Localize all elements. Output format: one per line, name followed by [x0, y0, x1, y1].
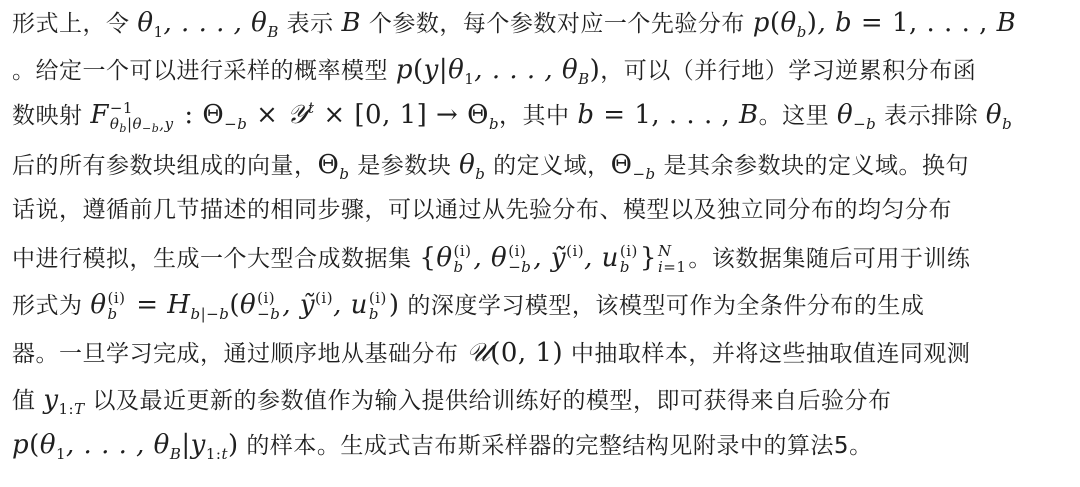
text-segment: 后的所有参数块组成的向量， [12, 153, 318, 179]
text-segment: 的样本。生成式吉布斯采样器的完整结构见附录中的算法5。 [239, 433, 873, 459]
text-segment: 是参数块 [349, 153, 459, 179]
math-likelihood: p(y|θ1, . . . , θB) [396, 55, 600, 85]
math-uniform-base: 𝒰(0, 1) [466, 338, 563, 368]
text-segment: 中进行模拟，生成一个大型合成数据集 [12, 246, 419, 272]
math-domain-b: Θb [318, 150, 350, 180]
math-prior: p(θb), b = 1, . . . , B [753, 8, 1017, 38]
text-segment: 。给定一个可以进行采样的概率模型 [12, 58, 396, 84]
math-domain-minus-b: Θ−b [611, 150, 656, 180]
math-observations: y1:T [43, 385, 84, 415]
text-segment: 的定义域， [485, 153, 610, 179]
math-deep-model: θ(i)b = Hb|−b(θ(i)−b, ỹ(i), u(i)b) [90, 290, 399, 320]
paragraph-line-5: 话说，遵循前几节描述的相同步骤，可以通过从先验分布、模型以及独立同分布的均匀分布 [12, 195, 952, 225]
text-segment: 以及最近更新的参数值作为输入提供给训练好的模型，即可获得来自后验分布 [85, 388, 892, 414]
text-segment: 是其余参数块的定义域。换句 [656, 153, 969, 179]
paragraph-line-8: 器。一旦学习完成，通过顺序地从基础分布 𝒰(0, 1) 中抽取样本，并将这些抽取… [12, 338, 970, 369]
text-segment: 形式为 [12, 293, 90, 319]
math-inverse-cdf-map: F−1θb|θ−b,y : Θ−b × 𝒴t × [0, 1] → Θb [90, 100, 499, 130]
math-b-range: b = 1, . . . , B [577, 100, 758, 130]
math-synthetic-dataset: {θ(i)b, θ(i)−b, ỹ(i), u(i)b}Ni=1 [419, 243, 688, 273]
math-theta-b: θb [986, 100, 1012, 130]
text-segment: 器。一旦学习完成，通过顺序地从基础分布 [12, 341, 466, 367]
text-segment: ，可以（并行地）学习逆累积分布函 [600, 58, 976, 84]
paragraph-line-3: 数映射 F−1θb|θ−b,y : Θ−b × 𝒴t × [0, 1] → Θb… [12, 100, 1012, 132]
text-segment: 值 [12, 388, 43, 414]
paragraph-line-10: p(θ1, . . . , θB|y1:t) 的样本。生成式吉布斯采样器的完整结… [12, 430, 873, 461]
paragraph-line-6: 中进行模拟，生成一个大型合成数据集 {θ(i)b, θ(i)−b, ỹ(i), … [12, 243, 970, 275]
text-segment: 话说，遵循前几节描述的相同步骤，可以通过从先验分布、模型以及独立同分布的均匀分布 [12, 197, 952, 223]
math-theta-minus-b: θ−b [837, 100, 876, 130]
text-segment: 。这里 [759, 103, 837, 129]
document-paragraph: 形式上，令 θ1, . . . , θB 表示 B 个参数，每个参数对应一个先验… [0, 0, 1080, 487]
text-segment: ，其中 [499, 103, 577, 129]
text-segment: 表示 [279, 11, 342, 37]
paragraph-line-9: 值 y1:T 以及最近更新的参数值作为输入提供给训练好的模型，即可获得来自后验分… [12, 385, 891, 416]
text-segment: 个参数，每个参数对应一个先验分布 [361, 11, 753, 37]
math-B: B [341, 8, 361, 38]
text-segment: 。该数据集随后可用于训练 [688, 246, 970, 272]
text-segment: 形式上，令 [12, 11, 137, 37]
text-segment: 数映射 [12, 103, 90, 129]
math-theta-b: θb [459, 150, 485, 180]
math-theta-1-to-B: θ1, . . . , θB [137, 8, 279, 38]
text-segment: 的深度学习模型，该模型可作为全条件分布的生成 [400, 293, 925, 319]
paragraph-line-4: 后的所有参数块组成的向量，Θb 是参数块 θb 的定义域，Θ−b 是其余参数块的… [12, 150, 969, 181]
text-segment: 中抽取样本，并将这些抽取值连同观测 [563, 341, 970, 367]
paragraph-line-2: 。给定一个可以进行采样的概率模型 p(y|θ1, . . . , θB)，可以（… [12, 55, 976, 86]
paragraph-line-1: 形式上，令 θ1, . . . , θB 表示 B 个参数，每个参数对应一个先验… [12, 8, 1016, 39]
text-segment: 表示排除 [876, 103, 986, 129]
math-posterior: p(θ1, . . . , θB|y1:t) [12, 430, 239, 460]
paragraph-line-7: 形式为 θ(i)b = Hb|−b(θ(i)−b, ỹ(i), u(i)b) 的… [12, 290, 924, 322]
